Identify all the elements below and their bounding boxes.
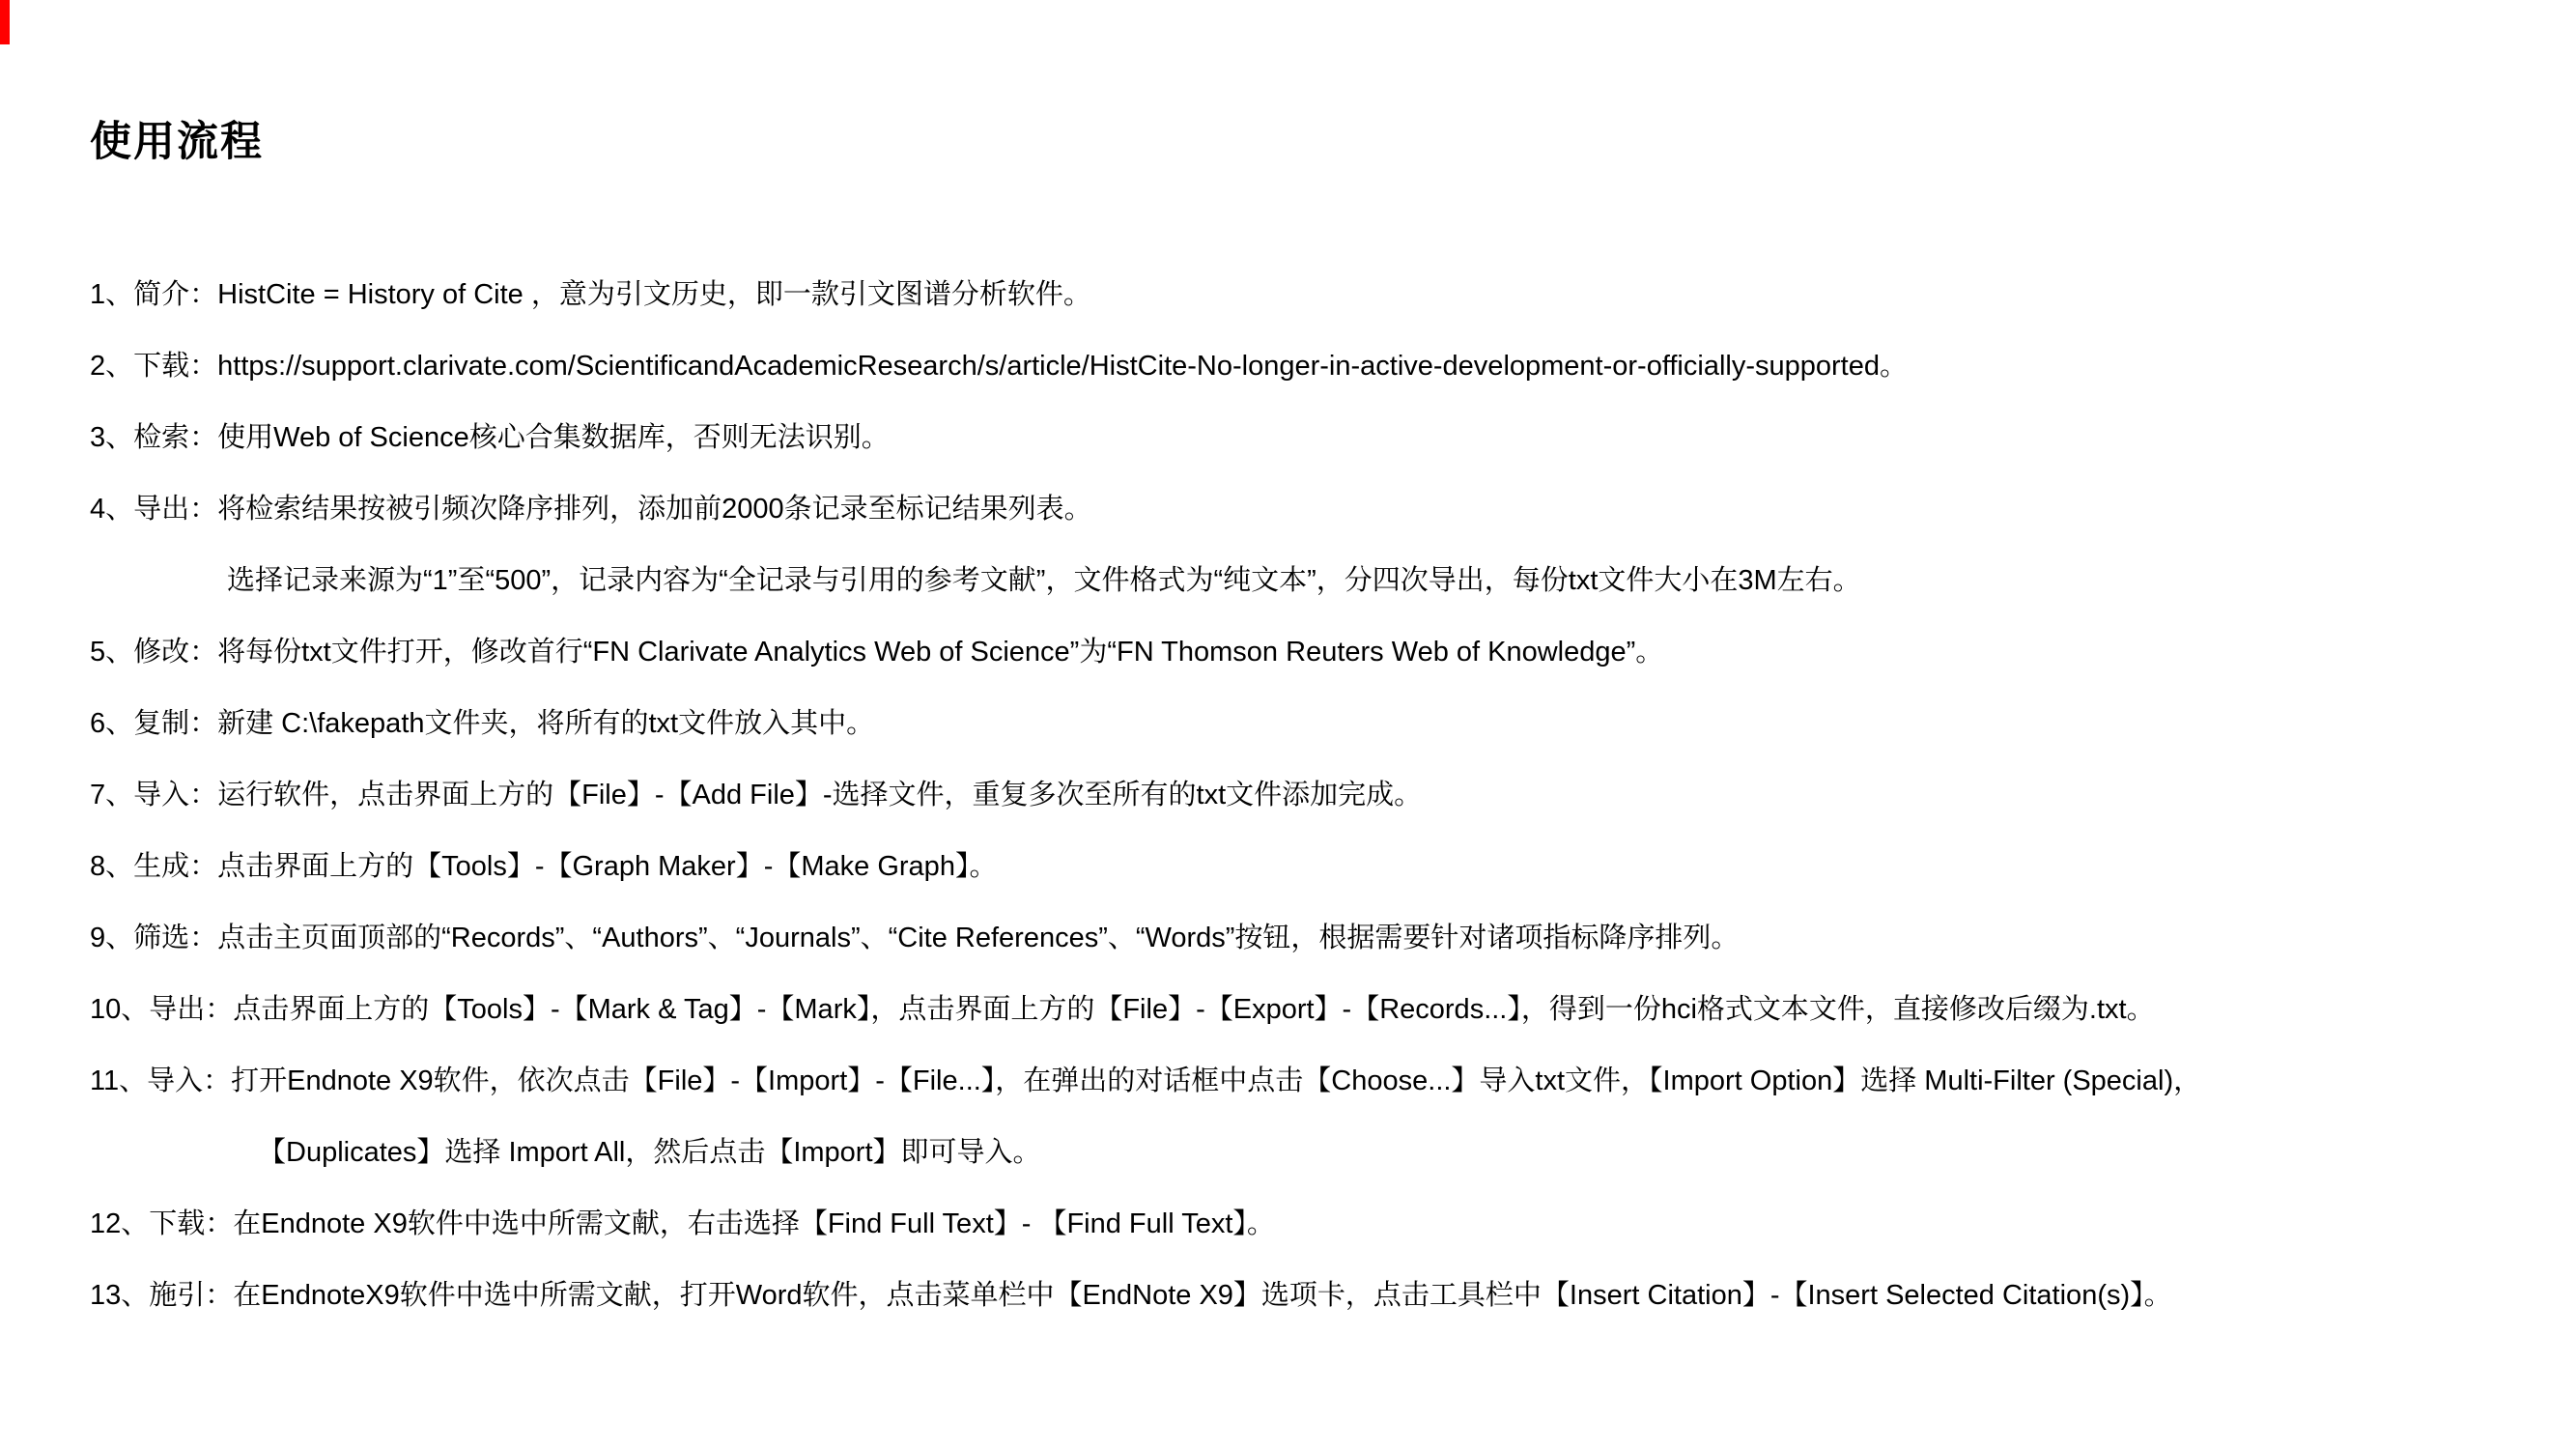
step-line-7: 7、导入：运行软件，点击界面上方的【File】-【Add File】-选择文件，… (90, 759, 2201, 831)
step-line-2: 2、下载：https://support.clarivate.com/Scien… (90, 330, 2201, 402)
step-line-5: 5、修改：将每份txt文件打开，修改首行“FN Clarivate Analyt… (90, 616, 2201, 688)
step-line-4: 4、导出：将检索结果按被引频次降序排列，添加前2000条记录至标记结果列表。 (90, 473, 2201, 545)
steps-list: 1、简介：HistCite = History of Cite ，意为引文历史，… (90, 259, 2201, 1331)
step-line-13: 13、施引：在EndnoteX9软件中选中所需文献，打开Word软件，点击菜单栏… (90, 1260, 2201, 1331)
red-accent-bar (0, 0, 10, 44)
step-line-8: 8、生成：点击界面上方的【Tools】-【Graph Maker】-【Make … (90, 831, 2201, 902)
step-line-10: 10、导出：点击界面上方的【Tools】-【Mark & Tag】-【Mark】… (90, 974, 2201, 1045)
step-line-3: 3、检索：使用Web of Science核心合集数据库，否则无法识别。 (90, 402, 2201, 473)
step-line-9: 9、筛选：点击主页面顶部的“Records”、“Authors”、“Journa… (90, 902, 2201, 974)
step-line-11: 11、导入：打开Endnote X9软件，依次点击【File】-【Import】… (90, 1045, 2201, 1117)
step-line-12: 12、下载：在Endnote X9软件中选中所需文献，右击选择【Find Ful… (90, 1188, 2201, 1260)
step-line-6: 6、复制：新建 C:\fakepath文件夹，将所有的txt文件放入其中。 (90, 688, 2201, 759)
step-line-4-continuation: 选择记录来源为“1”至“500”，记录内容为“全记录与引用的参考文献”，文件格式… (90, 545, 2201, 616)
step-line-1: 1、简介：HistCite = History of Cite ，意为引文历史，… (90, 259, 2201, 330)
step-line-11-continuation: 【Duplicates】选择 Import All，然后点击【Import】即可… (90, 1117, 2201, 1188)
page-title: 使用流程 (90, 109, 264, 168)
